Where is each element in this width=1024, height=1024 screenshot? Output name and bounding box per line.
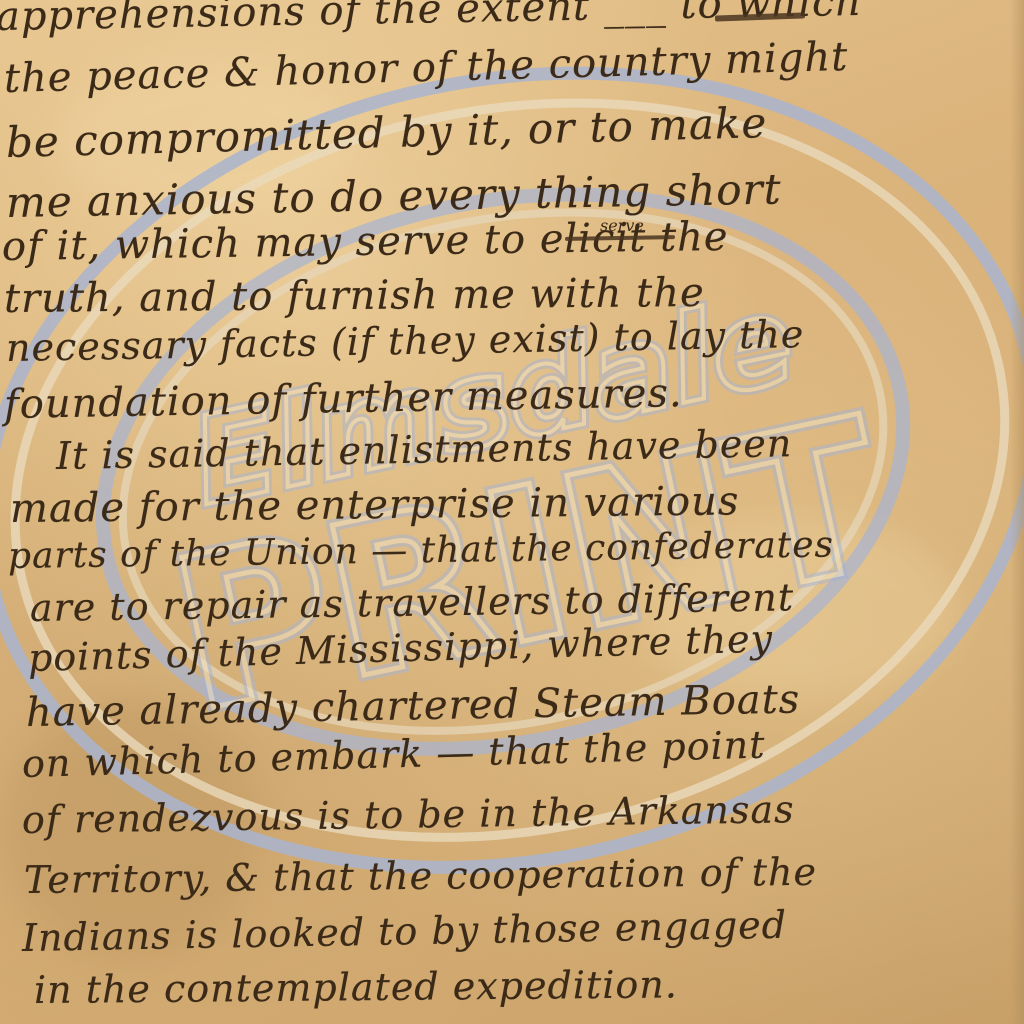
interlineation-insert: serve [600,216,644,235]
paper-edge [1010,0,1024,1024]
handwritten-text: apprehensions of the extent ___ to which… [0,0,1024,1024]
manuscript-line: parts of the Union — that the confederat… [8,524,835,577]
manuscript-line: in the contemplated expedition. [34,962,678,1012]
manuscript-line: Indians is looked to by those engaged [22,903,788,960]
manuscript-line: be compromitted by it, or to make [5,98,767,167]
manuscript-line: foundation of further measures. [4,370,683,428]
manuscript-line: the peace & honor of the country might [3,34,848,102]
manuscript-line: of rendezvous is to be in the Arkansas [22,787,795,842]
manuscript-line: Territory, & that the cooperation of the [24,850,817,902]
manuscript-line: It is said that enlistments have been [56,421,793,478]
manuscript-line: truth, and to furnish me with the [4,270,705,322]
manuscript-line: made for the enterprise in various [10,478,740,532]
manuscript-page: Elmsdale Elmsdale PRINT PRINT apprehensi… [0,0,1024,1024]
